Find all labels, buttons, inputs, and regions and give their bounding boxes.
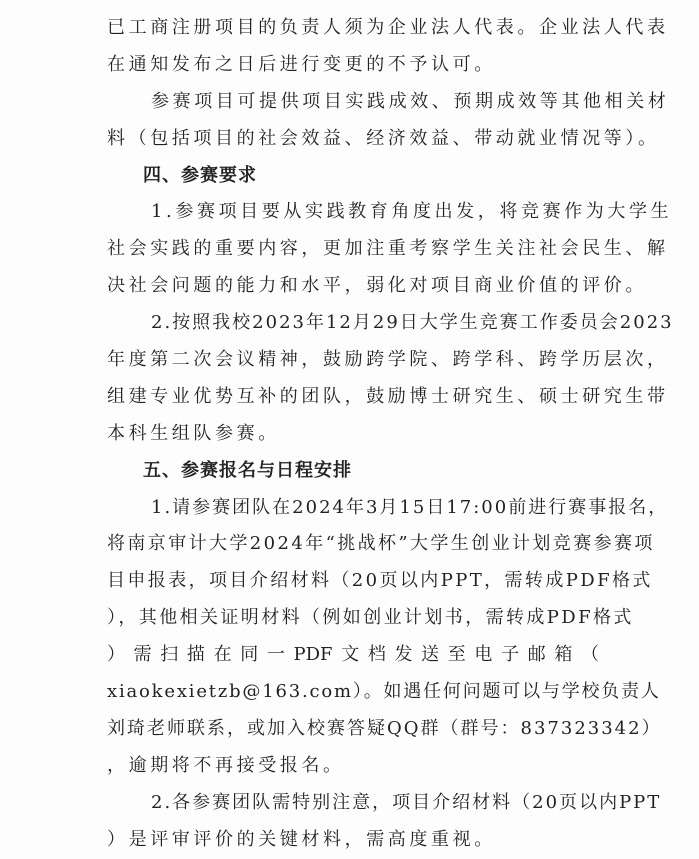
text-line: 料（包括项目的社会效益、经济效益、带动就业情况等）。 xyxy=(107,121,599,158)
text-line: 在通知发布之日后进行变更的不予认可。 xyxy=(107,47,599,84)
text-line: ），其他相关证明材料（例如创业计划书，需转成PDF格式 xyxy=(107,600,599,637)
section-heading-registration: 五、参赛报名与日程安排 xyxy=(107,453,599,490)
text-line: 社会实践的重要内容，更加注重考察学生关注社会民生、解 xyxy=(107,231,599,268)
text-line: 参赛项目可提供项目实践成效、预期成效等其他相关材 xyxy=(107,84,599,121)
text-line: 目申报表，项目介绍材料（20页以内PPT，需转成PDF格式 xyxy=(107,563,599,600)
text-line: ，逾期将不再接受报名。 xyxy=(107,748,599,785)
text-line: 1.参赛项目要从实践教育角度出发，将竞赛作为大学生 xyxy=(107,194,599,231)
text-line: 将南京审计大学2024年“挑战杯”大学生创业计划竞赛参赛项 xyxy=(107,526,599,563)
text-line: ）是评审评价的关键材料，需高度重视。 xyxy=(107,822,599,843)
document-page: 已工商注册项目的负责人须为企业法人代表。企业法人代表 在通知发布之日后进行变更的… xyxy=(107,10,599,843)
text-line: 1.请参赛团队在2024年3月15日17:00前进行赛事报名， xyxy=(107,490,599,527)
text-line: 2.各参赛团队需特别注意，项目介绍材料（20页以内PPT xyxy=(107,785,599,822)
text-line: 年度第二次会议精神，鼓励跨学院、跨学科、跨学历层次， xyxy=(107,342,599,379)
text-line: 决社会问题的能力和水平，弱化对项目商业价值的评价。 xyxy=(107,268,599,305)
text-line: 已工商注册项目的负责人须为企业法人代表。企业法人代表 xyxy=(107,10,599,47)
text-line: ）需扫描在同一PDF文档发送至电子邮箱（ xyxy=(107,637,599,674)
email-line: xiaokexietzb@163.com）。如遇任何问题可以与学校负责人 xyxy=(107,674,599,711)
text-line: 本科生组队参赛。 xyxy=(107,416,599,453)
section-heading-requirements: 四、参赛要求 xyxy=(107,158,599,195)
text-line: 刘琦老师联系，或加入校赛答疑QQ群（群号：837323342） xyxy=(107,711,599,748)
text-line: 组建专业优势互补的团队，鼓励博士研究生、硕士研究生带 xyxy=(107,379,599,416)
text-line: 2.按照我校2023年12月29日大学生竞赛工作委员会2023 xyxy=(107,305,599,342)
